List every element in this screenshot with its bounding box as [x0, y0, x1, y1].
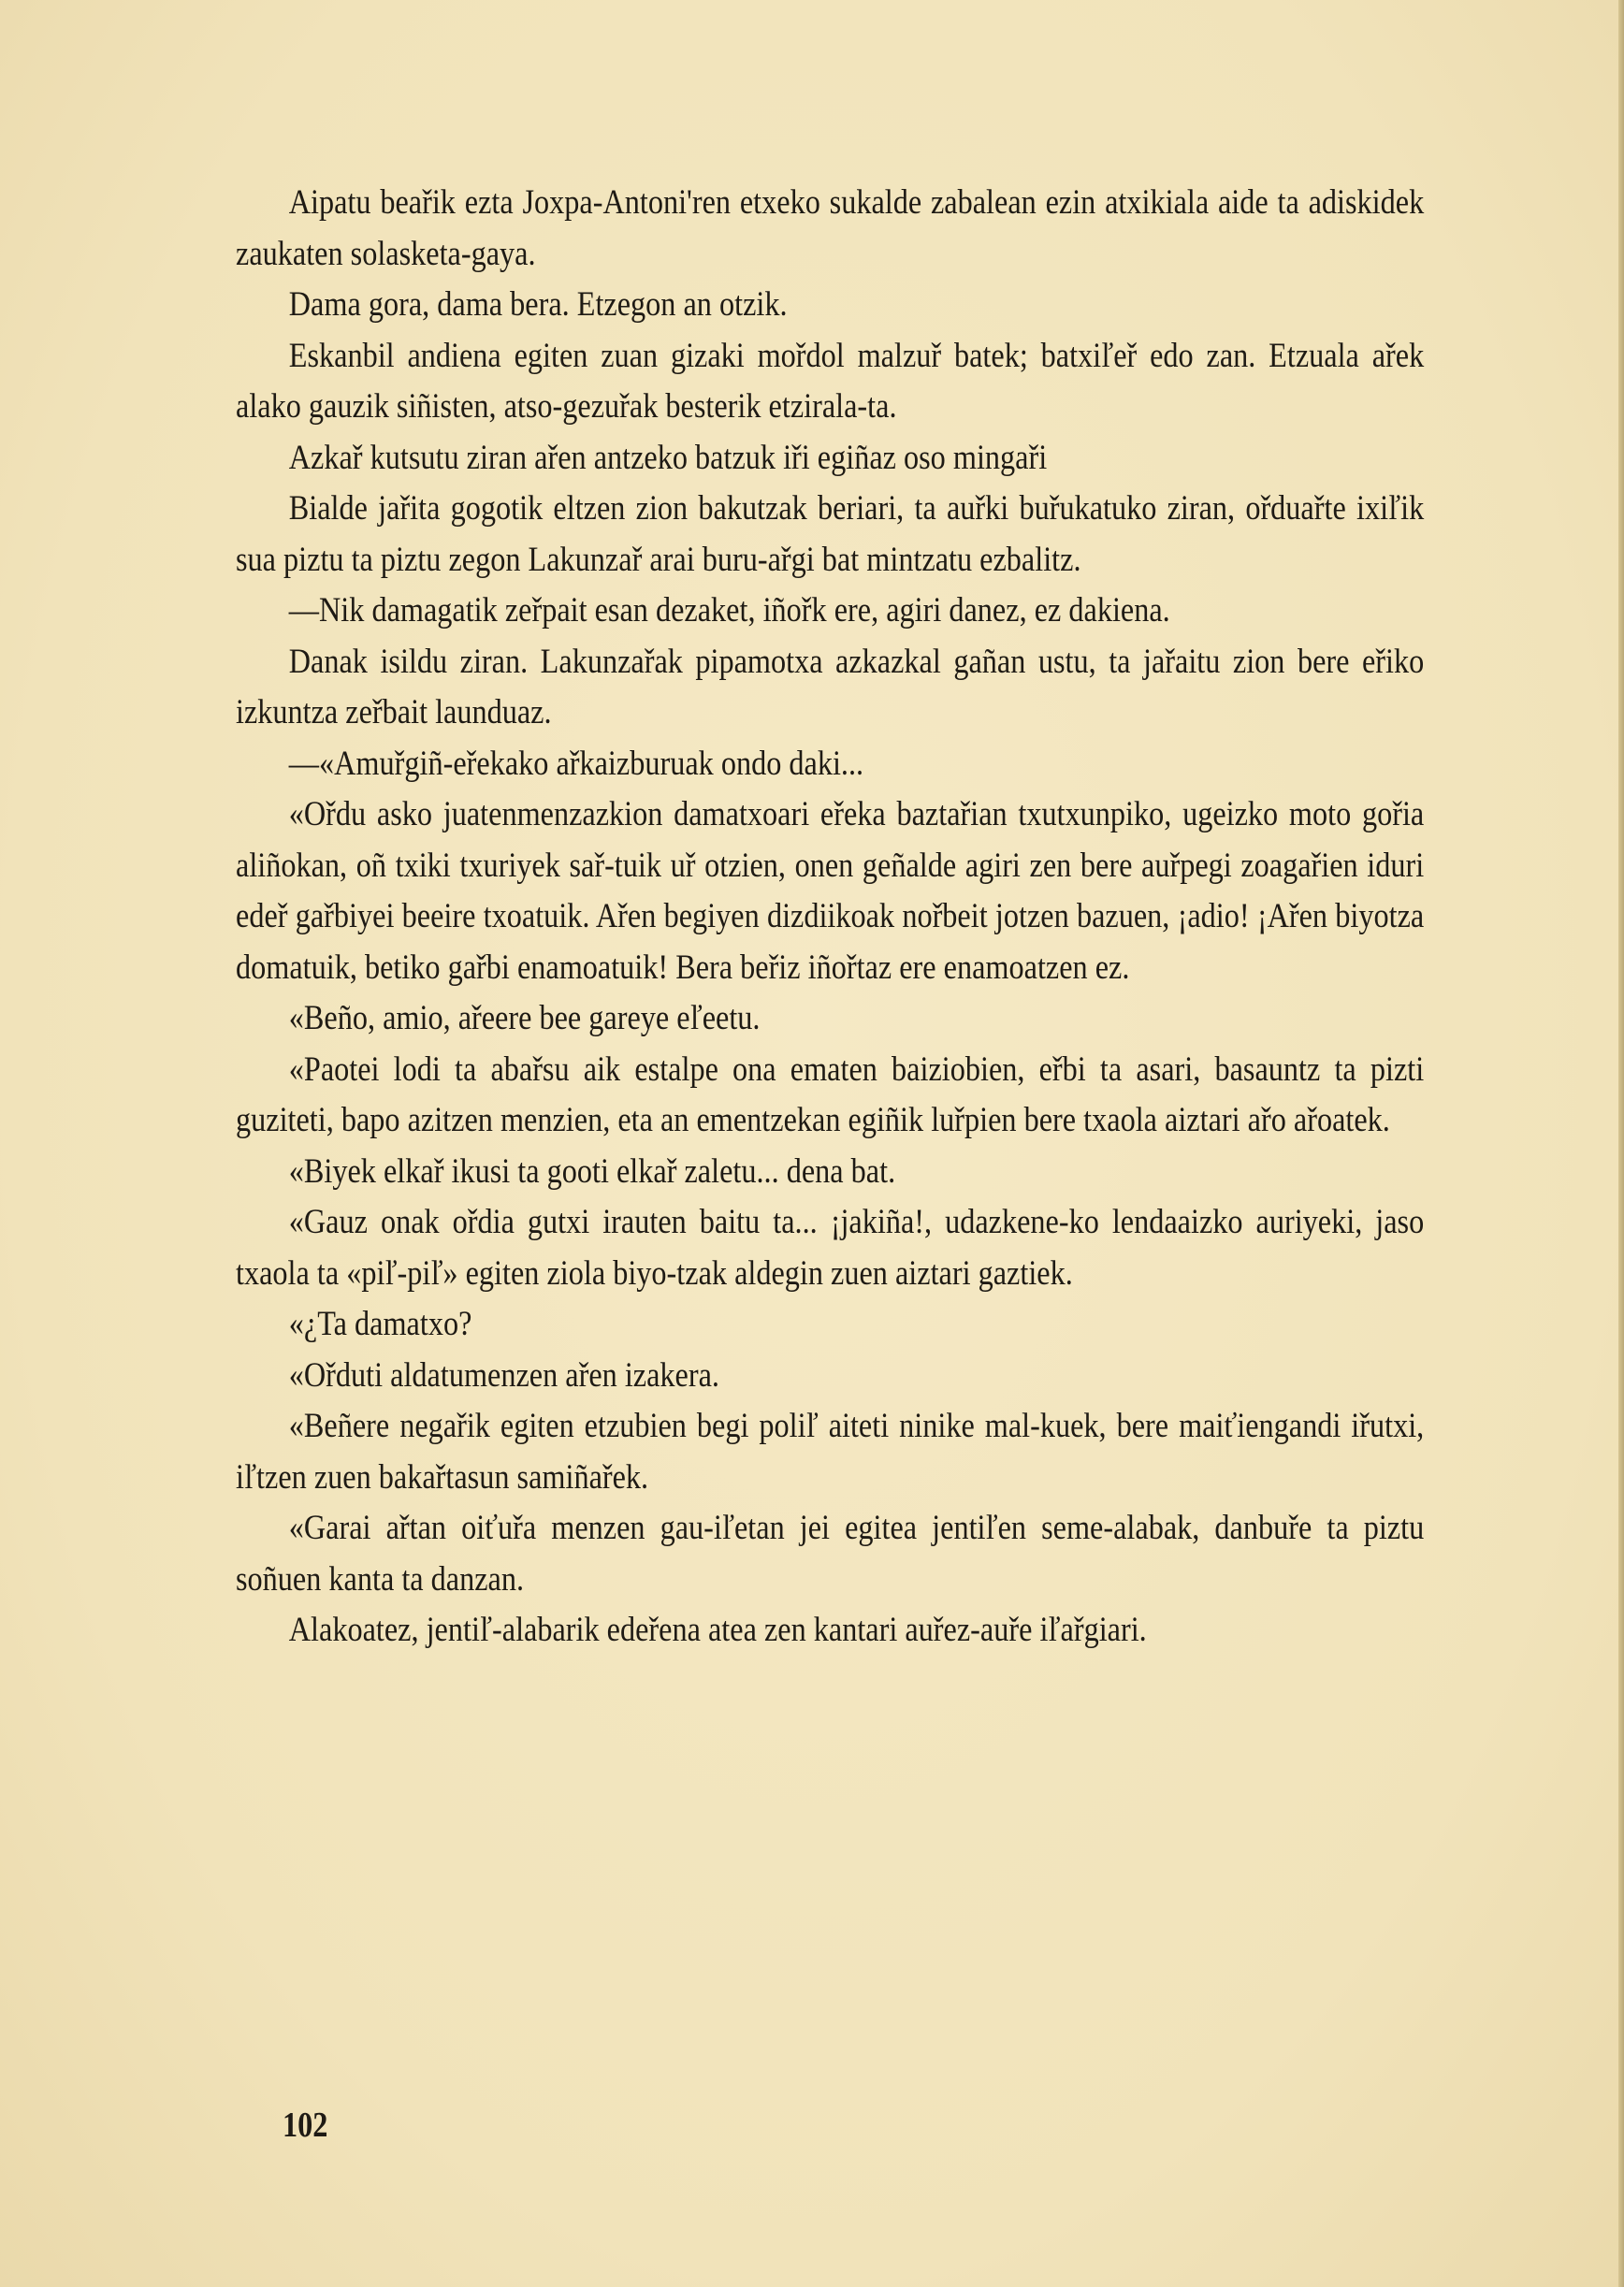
paragraph: Aipatu beařik ezta Joxpa-Antoni'ren etxe…	[236, 178, 1424, 280]
page-edge	[1618, 0, 1624, 2287]
paragraph: Azkař kutsutu ziran ařen antzeko batzuk …	[236, 433, 1424, 485]
body-text: Aipatu beařik ezta Joxpa-Antoni'ren etxe…	[236, 178, 1424, 1657]
paragraph: «Paotei lodi ta abařsu aik estalpe ona e…	[236, 1045, 1424, 1147]
paragraph: «Beñere negařik egiten etzubien begi pol…	[236, 1401, 1424, 1503]
paragraph: Bialde jařita gogotik eltzen zion bakutz…	[236, 484, 1424, 586]
paragraph: «Ořdu asko juatenmenzazkion damatxoari e…	[236, 789, 1424, 993]
paragraph: Dama gora, dama bera. Etzegon an otzik.	[236, 280, 1424, 331]
paragraph: Danak isildu ziran. Lakunzařak pipamotxa…	[236, 637, 1424, 739]
paragraph: «Beño, amio, ařeere bee gareye eľeetu.	[236, 993, 1424, 1045]
paragraph: «Ořduti aldatumenzen ařen izakera.	[236, 1351, 1424, 1402]
paragraph: «Garai ařtan oiťuřa menzen gau-iľetan je…	[236, 1503, 1424, 1605]
page-number: 102	[283, 2105, 327, 2146]
paragraph: «Biyek elkař ikusi ta gooti elkař zaletu…	[236, 1147, 1424, 1198]
book-page: Aipatu beařik ezta Joxpa-Antoni'ren etxe…	[0, 0, 1624, 2287]
paragraph: Eskanbil andiena egiten zuan gizaki mořd…	[236, 331, 1424, 433]
paragraph: Alakoatez, jentiľ-alabarik edeřena atea …	[236, 1605, 1424, 1657]
paragraph: —«Amuřgiñ-eřekako ařkaizburuak ondo daki…	[236, 739, 1424, 790]
paragraph: «¿Ta damatxo?	[236, 1299, 1424, 1351]
paragraph: «Gauz onak ořdia gutxi irauten baitu ta.…	[236, 1197, 1424, 1299]
paragraph: —Nik damagatik zeřpait esan dezaket, iño…	[236, 586, 1424, 637]
